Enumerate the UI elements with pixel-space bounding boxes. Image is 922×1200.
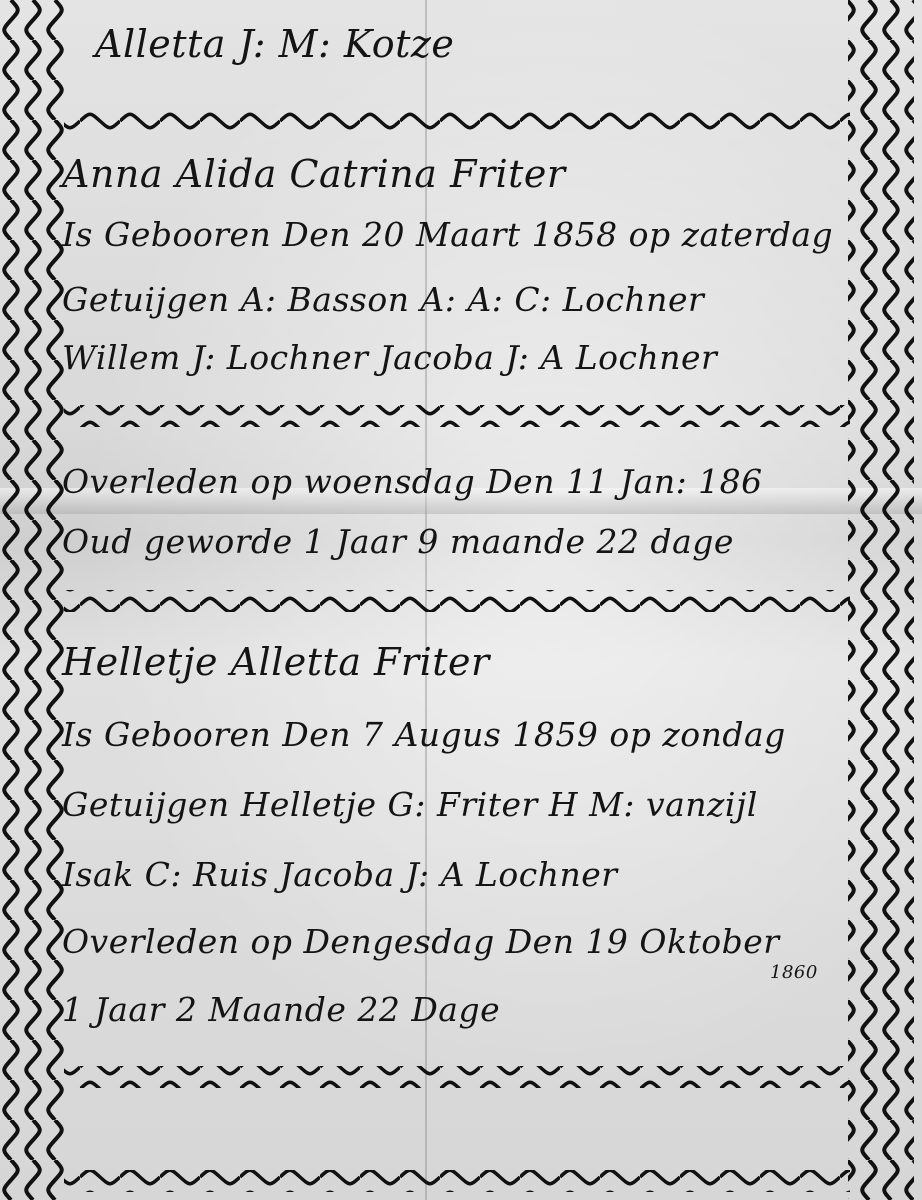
entry-age: 1 Jaar 2 Maande 22 Dage [62,990,500,1029]
document-page: Alletta J: M: Kotze Anna Alida Catrina F… [0,0,922,1200]
entry-name: Anna Alida Catrina Friter [62,152,566,196]
entry-death: Overleden op woensdag Den 11 Jan: 186 [62,462,763,501]
entry-witnesses-1: Getuijgen A: Basson A: A: C: Lochner [62,280,704,319]
entry-death-year: 1860 [770,962,818,983]
entry-witnesses-1: Getuijgen Helletje G: Friter H M: vanzij… [62,785,758,824]
entry-birth: Is Gebooren Den 20 Maart 1858 op zaterda… [62,215,833,254]
header-name: Alletta J: M: Kotze [95,22,454,66]
entry-witnesses-2: Willem J: Lochner Jacoba J: A Lochner [62,338,717,377]
entry-age: Oud geworde 1 Jaar 9 maande 22 dage [62,522,734,561]
entry-birth: Is Gebooren Den 7 Augus 1859 op zondag [62,715,786,754]
entry-name: Helletje Alletta Friter [62,640,490,684]
entry-witnesses-2: Isak C: Ruis Jacoba J: A Lochner [62,855,618,894]
entry-death: Overleden op Dengesdag Den 19 Oktober [62,922,780,961]
